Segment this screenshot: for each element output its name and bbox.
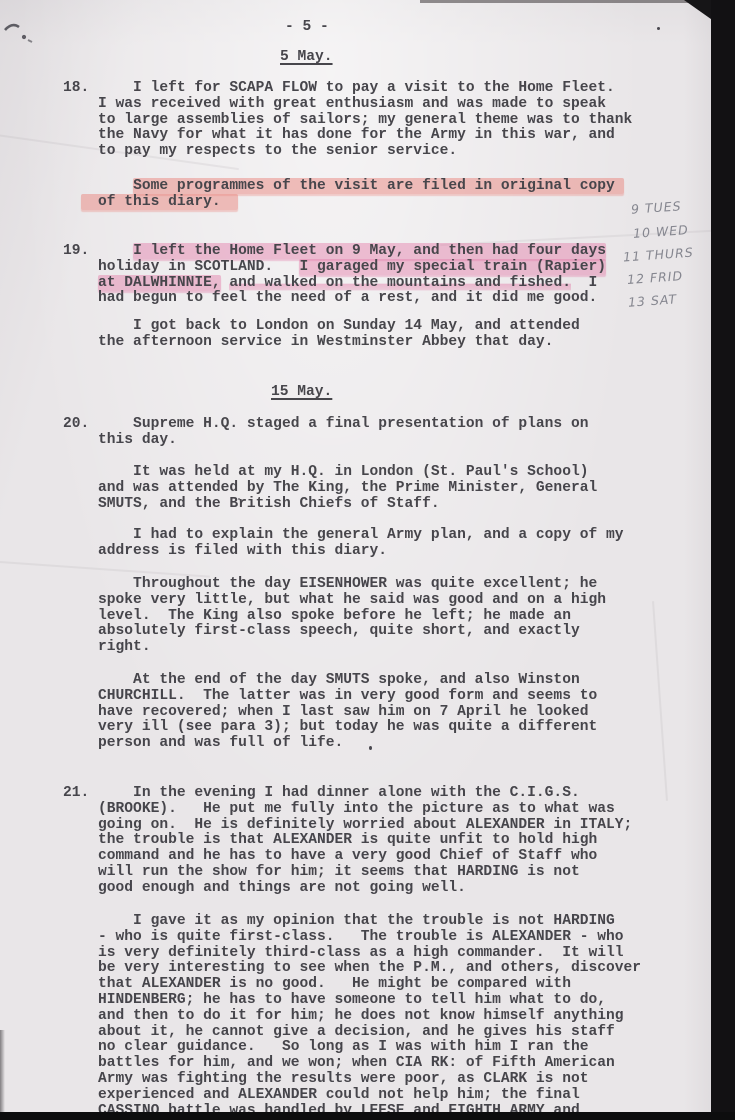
text-line: to large assemblies of sailors; my gener… [63,113,632,129]
scan-edge-top [420,0,720,3]
text-line: Some programmes of the visit are filed i… [63,179,624,195]
typed-text: the Navy for what it has done for the Ar… [63,127,615,143]
typed-text: to pay my respects to the senior service… [63,143,457,159]
typed-text: I [571,275,597,291]
highlighted-text: at DALWHINNIE, [98,275,221,291]
typed-text [63,194,81,210]
text-line: spoke very little, but what he said was … [63,593,606,609]
pencil-margin-note: 13 SAT [628,291,678,309]
text-line: have recovered; when I last saw him on 7… [63,705,597,721]
scanner-band-right [711,0,735,1120]
paper-crease [652,601,668,801]
paper-speck [369,746,372,750]
text-line: right. [63,640,606,656]
page-number: - 5 - [285,19,329,35]
typed-text: will run the show for him; it seems that… [63,864,580,880]
para-london: I got back to London on Sunday 14 May, a… [63,319,580,351]
typed-text: I had to explain the general Army plan, … [63,527,624,543]
text-line: I got back to London on Sunday 14 May, a… [63,319,580,335]
text-line: at DALWHINNIE, and walked on the mountai… [63,276,606,292]
text-line: and then to do it for him; he does not k… [63,1009,641,1025]
highlighted-text: I garaged my special train (Rapier) [299,259,606,275]
text-line: 19. I left the Home Fleet on 9 May, and … [63,244,606,260]
typed-text: (BROOKE). He put me fully into the pictu… [63,801,615,817]
typed-text: and then to do it for him; he does not k… [63,1008,624,1024]
text-line: had begun to feel the need of a rest, an… [63,291,606,307]
typed-text: be very interesting to see when the P.M.… [63,960,641,976]
text-line: this day. [63,433,588,449]
typed-text: have recovered; when I last saw him on 7… [63,704,588,720]
text-line: address is filed with this diary. [63,544,624,560]
typed-text [63,275,98,291]
text-line: Army was fighting the results were poor,… [63,1072,641,1088]
typed-text: address is filed with this diary. [63,543,387,559]
text-line: person and was full of life. [63,736,597,752]
typed-text: I got back to London on Sunday 14 May, a… [63,318,580,334]
para-21: 21. In the evening I had dinner alone wi… [63,786,632,897]
typed-text: HINDENBERG; he has to have someone to te… [63,992,606,1008]
typed-text: going on. He is definitely worried about… [63,817,632,833]
text-line: It was held at my H.Q. in London (St. Pa… [63,465,597,481]
text-line: the Navy for what it has done for the Ar… [63,128,632,144]
typed-text: CHURCHILL. The latter was in very good f… [63,688,597,704]
text-line: At the end of the day SMUTS spoke, and a… [63,673,597,689]
text-line: level. The King also spoke before he lef… [63,609,606,625]
typed-text [63,178,133,194]
text-line: the trouble is that ALEXANDER is quite u… [63,833,632,849]
typed-text: - who is quite first-class. The trouble … [63,929,624,945]
text-line: Throughout the day EISENHOWER was quite … [63,577,606,593]
typed-text: spoke very little, but what he said was … [63,592,606,608]
date-heading-15-may: 15 May. [271,385,332,401]
text-line: of this diary. [63,195,624,211]
typed-text: command and he has to have a very good C… [63,848,597,864]
typed-text: the afternoon service in Westminster Abb… [63,334,553,350]
typed-text: good enough and things are not going wel… [63,880,466,896]
text-line: holiday in SCOTLAND. I garaged my specia… [63,260,606,276]
text-line: 20. Supreme H.Q. staged a final presenta… [63,417,588,433]
typed-text: to large assemblies of sailors; my gener… [63,112,632,128]
text-line: be very interesting to see when the P.M.… [63,961,641,977]
text-line: and was attended by The King, the Prime … [63,481,597,497]
text-line: (BROOKE). He put me fully into the pictu… [63,802,632,818]
text-line: will run the show for him; it seems that… [63,865,632,881]
paper-speck [657,27,660,30]
typed-text: the trouble is that ALEXANDER is quite u… [63,832,597,848]
pencil-margin-note: 10 WED [633,222,690,241]
text-line: that ALEXANDER is no good. He might be c… [63,977,641,993]
paper-speck [238,498,240,500]
scan-edge-bottom-left [0,1030,5,1114]
document-page: - 5 - 5 May. 15 May. 18. I left for SCAP… [0,0,735,1120]
typed-text: is very definitely third-class as a high… [63,945,624,961]
typed-text: and was attended by The King, the Prime … [63,480,597,496]
text-line: HINDENBERG; he has to have someone to te… [63,993,641,1009]
text-line: CHURCHILL. The latter was in very good f… [63,689,597,705]
typed-text: It was held at my H.Q. in London (St. Pa… [63,464,588,480]
scanner-band-bottom [0,1112,735,1120]
typed-text: 18. I left for SCAPA FLOW to pay a visit… [63,80,615,96]
typed-text: absolutely first-class speech, quite sho… [63,623,580,639]
date-heading-5-may: 5 May. [280,50,333,66]
text-line: 18. I left for SCAPA FLOW to pay a visit… [63,81,632,97]
text-line: very ill (see para 3); but today he was … [63,720,597,736]
typed-text: SMUTS, and the British Chiefs of Staff. [63,496,440,512]
typed-text: had begun to feel the need of a rest, an… [63,290,597,306]
typed-text: this day. [63,432,177,448]
para-19: 19. I left the Home Fleet on 9 May, and … [63,244,606,307]
text-line: SMUTS, and the British Chiefs of Staff. [63,497,597,513]
para-throughout: Throughout the day EISENHOWER was quite … [63,577,606,656]
para-18: 18. I left for SCAPA FLOW to pay a visit… [63,81,632,160]
typed-text: Army was fighting the results were poor,… [63,1071,588,1087]
typed-text: Throughout the day EISENHOWER was quite … [63,576,597,592]
pencil-margin-note: 9 TUES [631,198,682,216]
typed-text: I gave it as my opinion that the trouble… [63,913,615,929]
text-line: I had to explain the general Army plan, … [63,528,624,544]
text-line: is very definitely third-class as a high… [63,946,641,962]
text-line: I gave it as my opinion that the trouble… [63,914,641,930]
pencil-margin-note: 11 THURS [623,245,695,265]
ink-mark [2,20,40,50]
text-line: no clear guidance. So long as I was with… [63,1040,641,1056]
typed-text: battles for him, and we won; when CIA RK… [63,1055,615,1071]
text-line: absolutely first-class speech, quite sho… [63,624,606,640]
typed-text: 19. [63,243,133,259]
highlighted-text: Some programmes of the visit are filed i… [133,178,623,194]
typed-text: person and was full of life. [63,735,343,751]
typed-text: that ALEXANDER is no good. He might be c… [63,976,571,992]
para-programmes: Some programmes of the visit are filed i… [63,179,624,211]
typed-text: right. [63,639,151,655]
typed-text: 21. In the evening I had dinner alone wi… [63,785,580,801]
para-held-at: It was held at my H.Q. in London (St. Pa… [63,465,597,512]
text-line: going on. He is definitely worried about… [63,818,632,834]
typed-text: no clear guidance. So long as I was with… [63,1039,588,1055]
text-line: command and he has to have a very good C… [63,849,632,865]
typed-text: very ill (see para 3); but today he was … [63,719,597,735]
text-line: I was received with great enthusiasm and… [63,97,632,113]
typed-text: 20. Supreme H.Q. staged a final presenta… [63,416,588,432]
text-line: battles for him, and we won; when CIA RK… [63,1056,641,1072]
highlighted-text: I left the Home Fleet on 9 May, and then… [133,243,606,259]
typed-text: level. The King also spoke before he lef… [63,608,571,624]
text-line: to pay my respects to the senior service… [63,144,632,160]
text-line: the afternoon service in Westminster Abb… [63,335,580,351]
typed-text: I was received with great enthusiasm and… [63,96,606,112]
text-line: good enough and things are not going wel… [63,881,632,897]
para-20: 20. Supreme H.Q. staged a final presenta… [63,417,588,449]
text-line: 21. In the evening I had dinner alone wi… [63,786,632,802]
para-explain: I had to explain the general Army plan, … [63,528,624,560]
text-line: - who is quite first-class. The trouble … [63,930,641,946]
typed-text: holiday in SCOTLAND. [63,259,299,275]
text-line: experienced and ALEXANDER could not help… [63,1088,641,1104]
para-at-end: At the end of the day SMUTS spoke, and a… [63,673,597,752]
highlighted-text: and walked on the mountains and fished. [229,275,571,291]
typed-text: At the end of the day SMUTS spoke, and a… [63,672,580,688]
text-line: about it, he cannot give a decision, and… [63,1025,641,1041]
typed-text: about it, he cannot give a decision, and… [63,1024,615,1040]
highlighted-text: of this diary. [81,194,239,210]
pencil-margin-note: 12 FRID [627,268,684,287]
typed-text: experienced and ALEXANDER could not help… [63,1087,580,1103]
para-opinion: I gave it as my opinion that the trouble… [63,914,641,1119]
